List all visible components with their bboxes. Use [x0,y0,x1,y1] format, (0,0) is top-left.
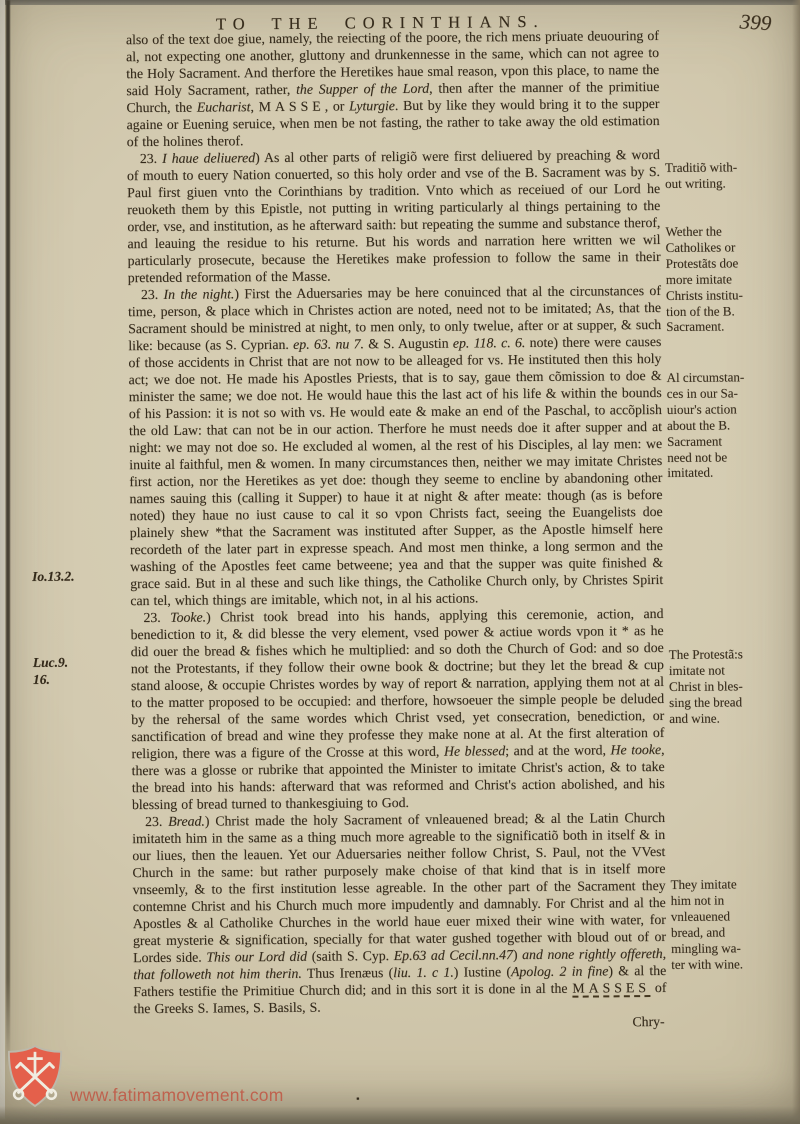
text-segment: Thus Irenæus ( [302,965,393,981]
text-segment: ep. 118. c. 6. [453,335,526,351]
text-segment: Lyturgie [349,98,395,113]
text-segment: Apolog. 2 in fine [511,963,608,979]
text-segment: ) Iustine ( [454,964,511,979]
margin-note-left: Luc.9. 16. [33,653,125,688]
fatima-shield-logo [6,1044,64,1108]
paragraph: 23. Bread.) Christ made the holy Sacrame… [132,809,667,1017]
text-segment: 23. [145,814,168,829]
paragraph: also of the text doe giue, namely, the r… [126,27,660,150]
scan-edge-top [0,0,800,5]
margin-note-right: They imitate him not in vnleauened bread… [670,876,799,972]
text-segment: ) As al other parts of religiõ were firs… [127,147,661,285]
text-segment: & S. Augustin [364,336,453,352]
paragraph: 23. I haue deliuered) As al other parts … [127,146,661,286]
text-segment: He blessed [444,743,505,758]
margin-note-right: The Protestã:s imitate not Christ in ble… [669,646,798,727]
text-segment: ; and at the word, [505,742,610,758]
scan-edge-bottom [0,1106,800,1124]
margin-note-right: Wether the Catholikes or Protestãts doe … [665,223,794,335]
paragraph: 23. Tooke.) Christ took bread into his h… [130,605,665,813]
text-segment: 23. [143,610,170,625]
text-segment: MASSE [259,99,325,115]
text-segment: This our Lord did [206,949,307,965]
text-segment: Eucharist [197,99,251,114]
text-segment: In the night. [163,286,234,302]
text-column: also of the text doe giue, namely, the r… [126,27,667,1034]
margin-note-right: Traditiõ with- out writing. [665,159,793,192]
text-segment: I haue deliuered [162,150,255,166]
printer-ornament: ▪ [356,1094,359,1103]
text-segment: Bread. [168,814,205,829]
text-segment: (saith S. Cyp. [307,948,394,964]
text-segment: Ep.63 ad Cecil.nn.47 [394,947,513,963]
page-number: 399 [739,9,772,36]
text-segment: Tooke. [170,610,206,625]
watermark: www.fatimamovement.com [6,1044,284,1108]
book-spine-shadow [6,0,10,1065]
text-segment: note) there were causes of those acciden… [128,334,663,608]
text-segment: the Supper of the Lord [296,81,429,97]
text-segment: ep. 63. nu 7. [293,336,364,352]
margin-note-right: Al circumstan- ces in our Sa- uiour's ac… [667,369,796,481]
text-segment: liu. 1. c 1. [393,965,454,980]
text-segment: ) Christ made the holy Sacrament of vnle… [132,810,666,965]
margin-note-left: Io.13.2. [32,567,124,585]
page-content: TO THE CORINTHIANS. 399 also of the text… [0,0,800,1124]
text-segment: MASSES [572,980,650,998]
scan-edge-left [0,0,5,1124]
paragraph: 23. In the night.) First the Aduersaries… [128,282,664,609]
text-segment: ) Christ took bread into his hands, appl… [131,606,665,761]
scanned-book-page: TO THE CORINTHIANS. 399 also of the text… [0,0,800,1124]
text-segment: 23. [141,287,164,302]
text-segment: He tooke [610,742,661,757]
scan-edge-right [792,0,800,1124]
watermark-url: www.fatimamovement.com [70,1085,284,1106]
text-segment: , or [325,98,350,113]
text-segment: 23. [140,151,162,166]
text-segment: ) [513,947,522,962]
